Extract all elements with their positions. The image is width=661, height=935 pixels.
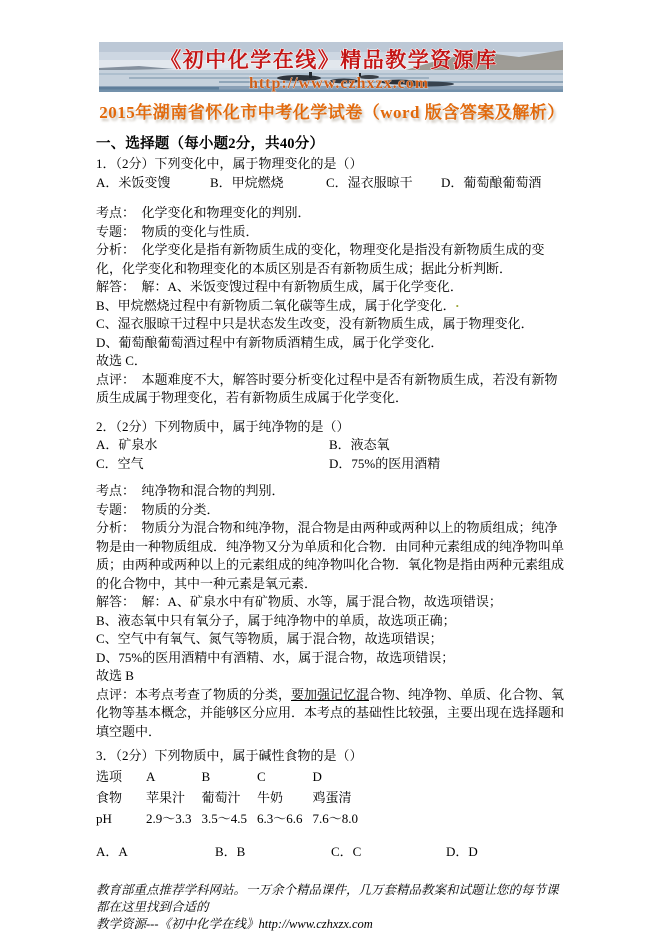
q3-table-row-food: 食物 苹果汁 葡萄汁 牛奶 鸡蛋清: [96, 787, 568, 808]
banner-image: 《初中化学在线》精品教学资源库 http://www.czhxzx.com: [99, 42, 563, 92]
q3-cell: 葡萄汁: [202, 787, 258, 808]
q2-jieda-line: 解答： 解：A、矿泉水中有矿物质、水等，属于混合物，故选项错误；: [96, 593, 568, 612]
q1-option-b: B．甲烷燃烧: [210, 174, 326, 193]
q3-option-d: D．D: [446, 843, 568, 862]
q3-row3-label: pH: [96, 808, 146, 829]
q2-option-d: D．75%的医用酒精: [329, 455, 568, 474]
q3-option-c: C．C: [331, 843, 446, 862]
q1-option-a: A．米饭变馊: [96, 174, 210, 193]
q3-cell: 3.5～4.5: [202, 808, 258, 829]
footer-line-1: 教育部重点推荐学科网站。一万余个精品课件，几万套精品教案和试题让您的每节课都在这…: [96, 882, 568, 916]
q3-cell: 牛奶: [257, 787, 313, 808]
stray-mark: ·: [455, 298, 459, 313]
page-title: 2015年湖南省怀化市中考化学试卷（word 版含答案及解析）: [96, 98, 568, 123]
q1-option-d: D．葡萄酿葡萄酒: [441, 174, 568, 193]
q2-dianping-line: 点评：本考点考查了物质的分类，要加强记忆混合物、纯净物、单质、化合物、氧化物等基…: [96, 686, 568, 742]
q3-table-row-ph: pH 2.9～3.3 3.5～4.5 6.3～6.6 7.6～8.0: [96, 808, 568, 829]
q3-cell: A: [146, 766, 202, 787]
q3-option-b: B．B: [215, 843, 331, 862]
q1-option-c: C．湿衣服晾干: [326, 174, 441, 193]
q2-option-b: B．液态氧: [329, 436, 568, 455]
q3-table-row-option: 选项 A B C D: [96, 766, 568, 787]
q2-option-c: C．空气: [96, 455, 329, 474]
q2-options-row-2: C．空气 D．75%的医用酒精: [96, 455, 568, 474]
q1-jieda-line: 解答： 解：A、米饭变馊过程中有新物质生成，属于化学变化．: [96, 278, 568, 297]
q2-analysis-line-d: D、75%的医用酒精中有酒精、水，属于混合物，故选项错误；: [96, 649, 568, 668]
q3-stem: 3．（2分）下列物质中，属于碱性食物的是（）: [96, 747, 568, 766]
q3-cell: C: [257, 766, 313, 787]
q1-dianping-line: 点评： 本题难度不大，解答时要分析变化过程中是否有新物质生成，若没有新物质生成属…: [96, 371, 568, 408]
q2-analysis-line-c: C、空气中有氧气、氮气等物质，属于混合物，故选项错误；: [96, 630, 568, 649]
q2-answer-line: 故选 B: [96, 667, 568, 686]
footer-line-2: 教学资源---《初中化学在线》http://www.czhxzx.com: [96, 916, 568, 933]
q1-analysis-line-c: C、湿衣服晾干过程中只是状态发生改变，没有新物质生成，属于物理变化．: [96, 315, 568, 334]
q3-cell: 7.6～8.0: [313, 808, 569, 829]
q2-option-a: A．矿泉水: [96, 436, 329, 455]
q1-stem: 1．（2分）下列变化中，属于物理变化的是（）: [96, 155, 568, 174]
q3-cell: 鸡蛋清: [313, 787, 569, 808]
q3-cell: 2.9～3.3: [146, 808, 202, 829]
q3-row2-label: 食物: [96, 787, 146, 808]
q1-kaodian-line: 考点： 化学变化和物理变化的判别．: [96, 204, 568, 223]
footer: 教育部重点推荐学科网站。一万余个精品课件，几万套精品教案和试题让您的每节课都在这…: [96, 882, 568, 933]
banner-site-url: http://www.czhxzx.com: [249, 75, 429, 92]
q3-cell: B: [202, 766, 258, 787]
q2-kaodian-line: 考点： 纯净物和混合物的判别．: [96, 482, 568, 501]
q2-stem: 2．（2分）下列物质中，属于纯净物的是（）: [96, 418, 568, 437]
q3-options-row: A．A B．B C．C D．D: [96, 843, 568, 862]
q2-dianping-pre: 点评：本考点考查了物质的分类，: [96, 687, 291, 702]
q3-row1-label: 选项: [96, 766, 146, 787]
banner-site-title: 《初中化学在线》精品教学资源库: [160, 48, 498, 72]
q2-fenxi-line: 分析： 物质分为混合物和纯净物，混合物是由两种或两种以上的物质组成；纯净物是由一…: [96, 519, 568, 593]
q1-options-row: A．米饭变馊 B．甲烷燃烧 C．湿衣服晾干 D．葡萄酿葡萄酒: [96, 174, 568, 193]
q1-zhuanti-line: 专题： 物质的变化与性质．: [96, 223, 568, 242]
q1-analysis-line-d: D、葡萄酿葡萄酒过程中有新物质酒精生成，属于化学变化．: [96, 334, 568, 353]
q2-analysis-line-b: B、液态氧中只有氧分子，属于纯净物中的单质，故选项正确；: [96, 612, 568, 631]
q3-cell: D: [313, 766, 569, 787]
q1-answer-line: 故选 C．: [96, 352, 568, 371]
document-page: 《初中化学在线》精品教学资源库 http://www.czhxzx.com 20…: [0, 0, 661, 935]
q3-option-a: A．A: [96, 843, 215, 862]
q3-cell: 苹果汁: [146, 787, 202, 808]
q2-zhuanti-line: 专题： 物质的分类．: [96, 501, 568, 520]
q2-options-row-1: A．矿泉水 B．液态氧: [96, 436, 568, 455]
q1-fenxi-line: 分析： 化学变化是指有新物质生成的变化，物理变化是指没有新物质生成的变化，化学变…: [96, 241, 568, 278]
q1-analysis-line-b: B、甲烷燃烧过程中有新物质二氧化碳等生成，属于化学变化．·: [96, 297, 568, 316]
q1-analysis-b-text: B、甲烷燃烧过程中有新物质二氧化碳等生成，属于化学变化．: [96, 298, 449, 313]
document-content: 《初中化学在线》精品教学资源库 http://www.czhxzx.com 20…: [96, 42, 568, 933]
q3-cell: 6.3～6.6: [257, 808, 313, 829]
q2-dianping-underlined: 要加强记忆混: [291, 687, 369, 702]
section-heading: 一、选择题（每小题2分，共40分）: [96, 132, 568, 153]
